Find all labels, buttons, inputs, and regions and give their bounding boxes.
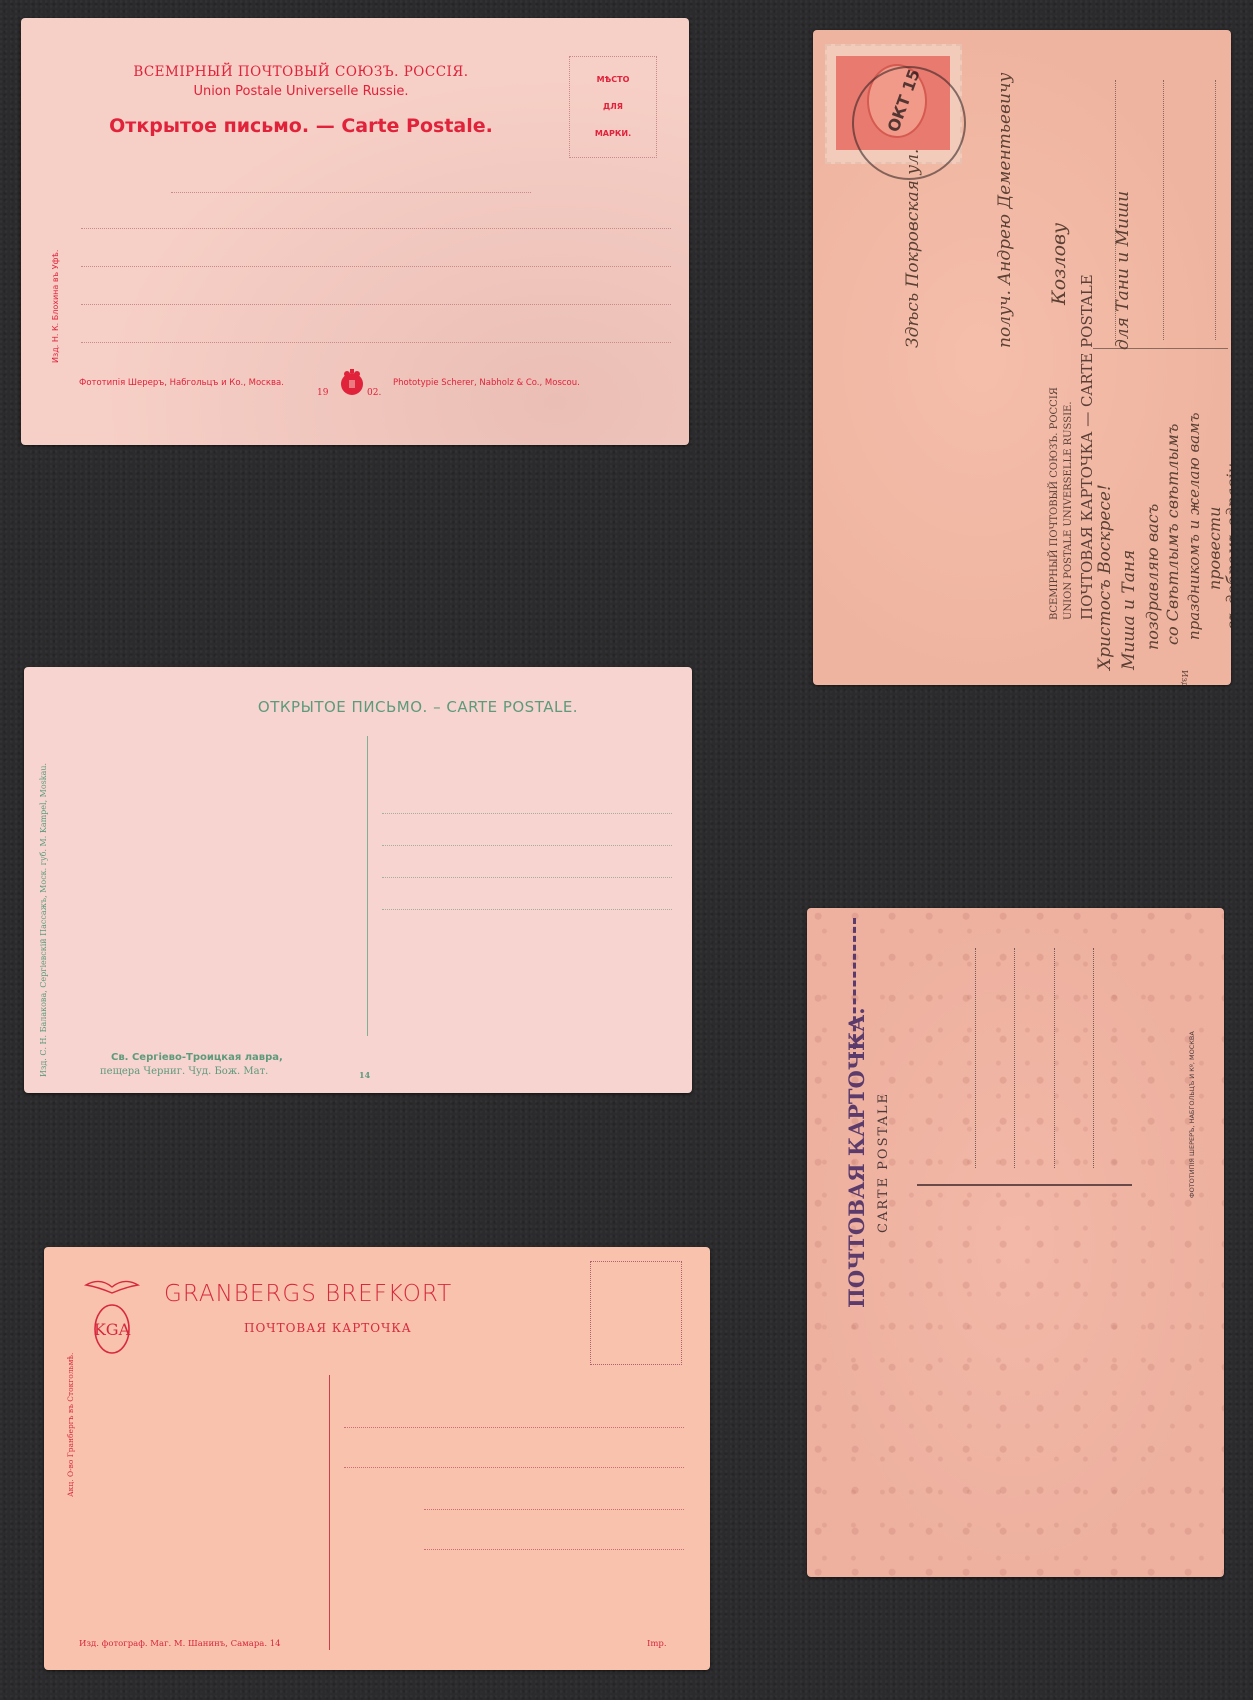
postcard-sergiev-lavra: ОТКРЫТОЕ ПИСЬМО. – CARTE POSTALE. Изд. С… bbox=[24, 667, 692, 1093]
divider-line bbox=[367, 736, 368, 1036]
address-line bbox=[382, 877, 672, 878]
footer-year-left: 19 bbox=[317, 388, 328, 398]
header-line2: Union Postale Universelle Russie. bbox=[21, 84, 581, 99]
double-headed-eagle-icon bbox=[339, 368, 365, 398]
caption-line1: Св. Сергіево-Троицкая лавра, bbox=[111, 1052, 283, 1063]
card-title: ОТКРЫТОЕ ПИСЬМО. – CARTE POSTALE. bbox=[24, 698, 692, 716]
address-line bbox=[1014, 948, 1015, 1168]
card-subtitle: CARTE POSTALE bbox=[876, 1092, 891, 1233]
divider-line bbox=[329, 1375, 330, 1650]
card-title: Открытое письмо. — Carte Postale. bbox=[21, 115, 581, 137]
card-title: GRANBERGS BREFKORT bbox=[164, 1281, 452, 1307]
address-line bbox=[382, 845, 672, 846]
address-line bbox=[1054, 948, 1055, 1168]
header-line1: ВСЕМІРНЫЙ ПОЧТОВЫЙ СОЮЗЪ. РОССІЯ bbox=[1049, 387, 1060, 620]
postage-stamp: ОКТ 15 bbox=[825, 44, 962, 164]
address-line bbox=[382, 909, 672, 910]
address-line bbox=[975, 948, 976, 1168]
card-number: 14 bbox=[359, 1070, 370, 1080]
card-subtitle: ПОЧТОВАЯ КАРТОЧКА bbox=[244, 1321, 412, 1335]
address-line bbox=[171, 192, 531, 193]
publisher-imprint: Изд. Н. К. Блохина въ Уфѣ. bbox=[51, 250, 60, 363]
footer-left: Фототипія Шереръ, Набгольцъ и Ко., Москв… bbox=[79, 378, 284, 388]
address-line bbox=[382, 813, 672, 814]
card-title: ПОЧТОВАЯ КАРТОЧКА — CARTE POSTALE bbox=[1078, 274, 1096, 620]
footer-year-right: 02. bbox=[367, 388, 381, 398]
handwriting-line: поздравляю васъ bbox=[1143, 504, 1162, 650]
header-line1: ВСЕМІРНЫЙ ПОЧТОВЫЙ СОЮЗЪ. РОССІЯ. bbox=[21, 64, 581, 80]
address-line bbox=[344, 1467, 684, 1468]
header-line2: UNION POSTALE UNIVERSELLE RUSSIE. bbox=[1063, 402, 1074, 621]
handwriting-line: праздникомъ и желаю вамъ bbox=[1185, 412, 1203, 640]
postcard-1902-ufa: ВСЕМІРНЫЙ ПОЧТОВЫЙ СОЮЗЪ. РОССІЯ. Union … bbox=[21, 18, 689, 445]
handwriting-address: для Тани и Миши bbox=[1113, 191, 1133, 350]
handwriting-address: Здѣсь Покровская ул. bbox=[903, 149, 923, 348]
stamp-box bbox=[590, 1261, 682, 1365]
address-line bbox=[81, 304, 671, 305]
publisher-imprint: Изданіе К. Ф. Кнаубъ, Фот. Воронина, Сар… bbox=[1179, 670, 1189, 685]
publisher-imprint: Акц. О-во Гранбергъ въ Стокгольмѣ. bbox=[66, 1353, 75, 1497]
handwriting-line: въ добромъ здравіи bbox=[1223, 463, 1231, 630]
handwriting-line: со Свѣтлымъ свѣтлымъ bbox=[1163, 424, 1182, 645]
caption-line2: пещера Черниг. Чуд. Бож. Мат. bbox=[100, 1066, 268, 1077]
address-line bbox=[424, 1549, 684, 1550]
postcard-used-saratov: ОКТ 15 ВСЕМІРНЫЙ ПОЧТОВЫЙ СОЮЗЪ. РОССІЯ … bbox=[813, 30, 1231, 685]
address-line bbox=[1215, 80, 1216, 340]
footer-left: Изд. фотограф. Маг. М. Шанинъ, Самара. 1… bbox=[79, 1639, 281, 1649]
address-line bbox=[81, 266, 671, 267]
handwriting-line: Миша и Таня bbox=[1119, 550, 1139, 670]
address-line bbox=[344, 1427, 684, 1428]
stamp-box-line1: мѣсто bbox=[570, 75, 656, 84]
svg-text:KGA: KGA bbox=[94, 1320, 131, 1339]
footer-right: Imp. bbox=[647, 1639, 667, 1649]
handwriting-line: провести bbox=[1205, 507, 1224, 590]
divider-line bbox=[917, 1184, 1132, 1186]
kga-monogram-icon: KGA bbox=[82, 1275, 142, 1365]
handwriting-address: Козлову bbox=[1048, 223, 1070, 305]
stamp-box-line2: для bbox=[570, 102, 656, 111]
postcard-granbergs-brefkort: KGA GRANBERGS BREFKORT ПОЧТОВАЯ КАРТОЧКА… bbox=[44, 1247, 710, 1670]
stamp-box: мѣсто для марки. bbox=[569, 56, 657, 158]
handwriting-line: Христосъ Воскресе! bbox=[1095, 484, 1115, 670]
handwriting-address: получ. Андрею Дементьевичу bbox=[995, 73, 1015, 348]
address-line bbox=[1093, 948, 1094, 1168]
stamp-box-line3: марки. bbox=[570, 129, 656, 138]
decorative-dash-line bbox=[853, 918, 860, 1058]
address-line bbox=[424, 1509, 684, 1510]
footer-right: Phototypie Scherer, Nabholz & Co., Mosco… bbox=[393, 378, 580, 388]
address-line bbox=[81, 228, 671, 229]
postcard-scherer-nabholz: ПОЧТОВАЯ КАРТОЧКА. CARTE POSTALE ФОТОТИП… bbox=[807, 908, 1224, 1577]
address-line bbox=[1163, 80, 1164, 340]
publisher-imprint: Изд. С. Н. Балакова, Сергіевскій Пассажъ… bbox=[39, 763, 48, 1077]
address-line bbox=[81, 342, 671, 343]
publisher-imprint: ФОТОТИПІЯ ШЕРЕРЪ, НАБГОЛЬЦЪ И Кº, МОСКВА bbox=[1188, 1031, 1196, 1198]
